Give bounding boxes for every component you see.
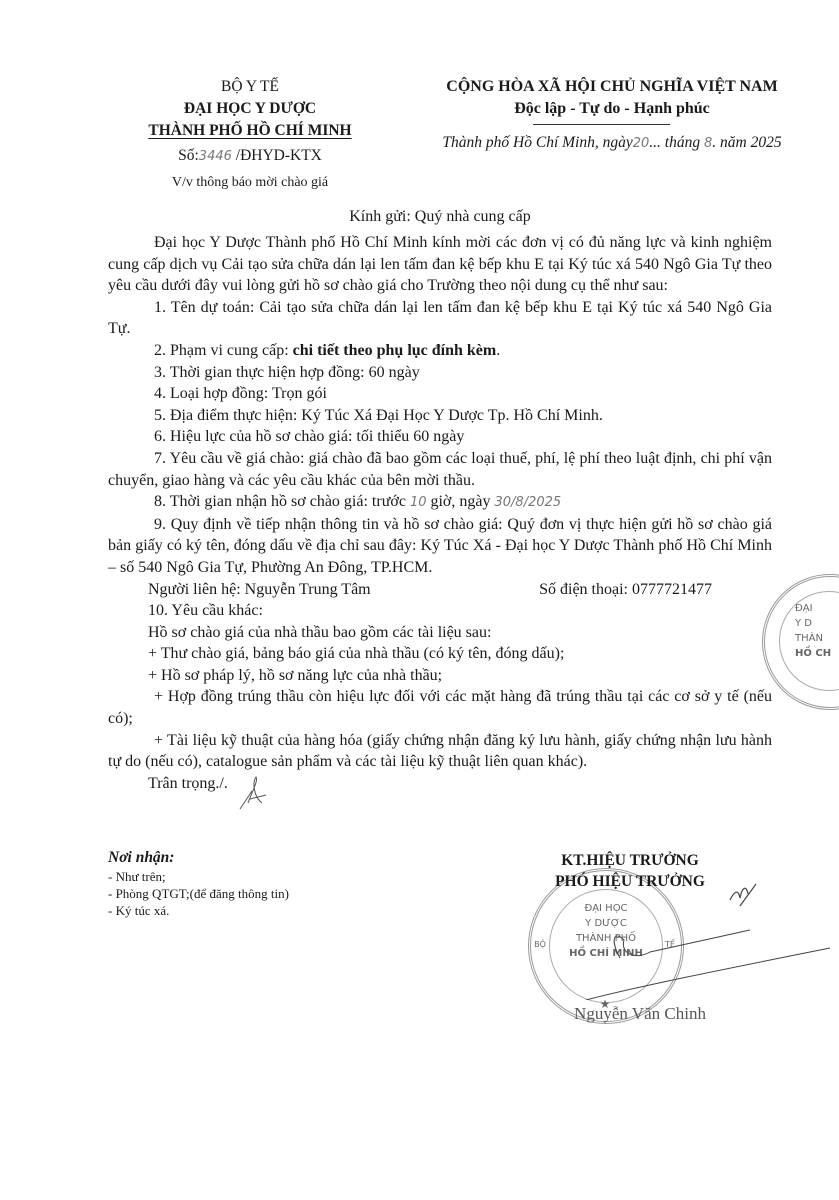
item-1: 1. Tên dự toán: Cải tạo sửa chữa dán lại… (108, 297, 772, 340)
letter-body: Đại học Y Dược Thành phố Hồ Chí Minh kín… (108, 232, 772, 813)
recipient-item: - Phòng QTGT;(để đăng thông tin) (108, 885, 388, 902)
item-10-intro: Hồ sơ chào giá của nhà thầu bao gồm các … (108, 622, 772, 644)
handwritten-signature-icon (580, 870, 839, 1000)
signer-position-1: KT.HIỆU TRƯỞNG (510, 850, 750, 871)
item-5: 5. Địa điểm thực hiện: Ký Túc Xá Đại Học… (108, 405, 772, 427)
item-2: 2. Phạm vi cung cấp: chi tiết theo phụ l… (108, 340, 772, 362)
university-name-line2: THÀNH PHỐ HỒ CHÍ MINH (100, 120, 400, 142)
contact-phone: Số điện thoại: 0777721477 (539, 579, 712, 601)
greeting: Kính gửi: Quý nhà cung cấp (100, 206, 780, 228)
intro-paragraph: Đại học Y Dược Thành phố Hồ Chí Minh kín… (108, 232, 772, 297)
item-9: 9. Quy định về tiếp nhận thông tin và hồ… (108, 514, 772, 579)
contact-row: Người liên hệ: Nguyễn Trung Tâm Số điện … (108, 579, 772, 601)
contact-person: Người liên hệ: Nguyễn Trung Tâm (148, 579, 371, 601)
item-7: 7. Yêu cầu về giá chào: giá chào đã bao … (108, 448, 772, 491)
document-number: Số:3446 /ĐHYD-KTX (100, 145, 400, 168)
item-10: 10. Yêu cầu khác: (108, 600, 772, 622)
motto-underline (533, 124, 670, 125)
document-subject: V/v thông báo mời chào giá (100, 172, 400, 194)
ministry-name: BỘ Y TẾ (100, 76, 400, 98)
requirement-2: + Hồ sơ pháp lý, hồ sơ năng lực của nhà … (108, 665, 772, 687)
item-3: 3. Thời gian thực hiện hợp đồng: 60 ngày (108, 362, 772, 384)
requirement-3: + Hợp đồng trúng thầu còn hiệu lực đối v… (108, 686, 772, 729)
recipients-title: Nơi nhận: (108, 848, 388, 868)
initials-signature-icon (236, 773, 276, 813)
item-4: 4. Loại hợp đồng: Trọn gói (108, 383, 772, 405)
signer-name: Nguyễn Văn Chinh (540, 1004, 740, 1024)
national-header: CỘNG HÒA XÃ HỘI CHỦ NGHĨA VIỆT NAM Độc l… (412, 76, 812, 120)
item-8: 8. Thời gian nhận hồ sơ chào giá: trước … (108, 491, 772, 514)
recipient-item: - Như trên; (108, 868, 388, 885)
national-motto: Độc lập - Tự do - Hạnh phúc (412, 98, 812, 120)
requirement-4: + Tài liệu kỹ thuật của hàng hóa (giấy c… (108, 730, 772, 773)
requirement-1: + Thư chào giá, bảng báo giá của nhà thầ… (108, 643, 772, 665)
recipients: Nơi nhận: - Như trên; - Phòng QTGT;(để đ… (108, 848, 388, 919)
issuer-header: BỘ Y TẾ ĐẠI HỌC Y DƯỢC THÀNH PHỐ HỒ CHÍ … (100, 76, 400, 194)
university-name-line1: ĐẠI HỌC Y DƯỢC (100, 98, 400, 120)
item-6: 6. Hiệu lực của hồ sơ chào giá: tối thiể… (108, 426, 772, 448)
page-seal: ĐẠI Y D THÀN HỒ CH (762, 574, 839, 710)
closing: Trân trọng./. (108, 773, 772, 813)
issue-date: Thành phố Hồ Chí Minh, ngày20... tháng 8… (412, 132, 812, 155)
national-title: CỘNG HÒA XÃ HỘI CHỦ NGHĨA VIỆT NAM (412, 76, 812, 98)
handwritten-number: 3446 (199, 149, 232, 164)
recipient-item: - Ký túc xá. (108, 902, 388, 919)
